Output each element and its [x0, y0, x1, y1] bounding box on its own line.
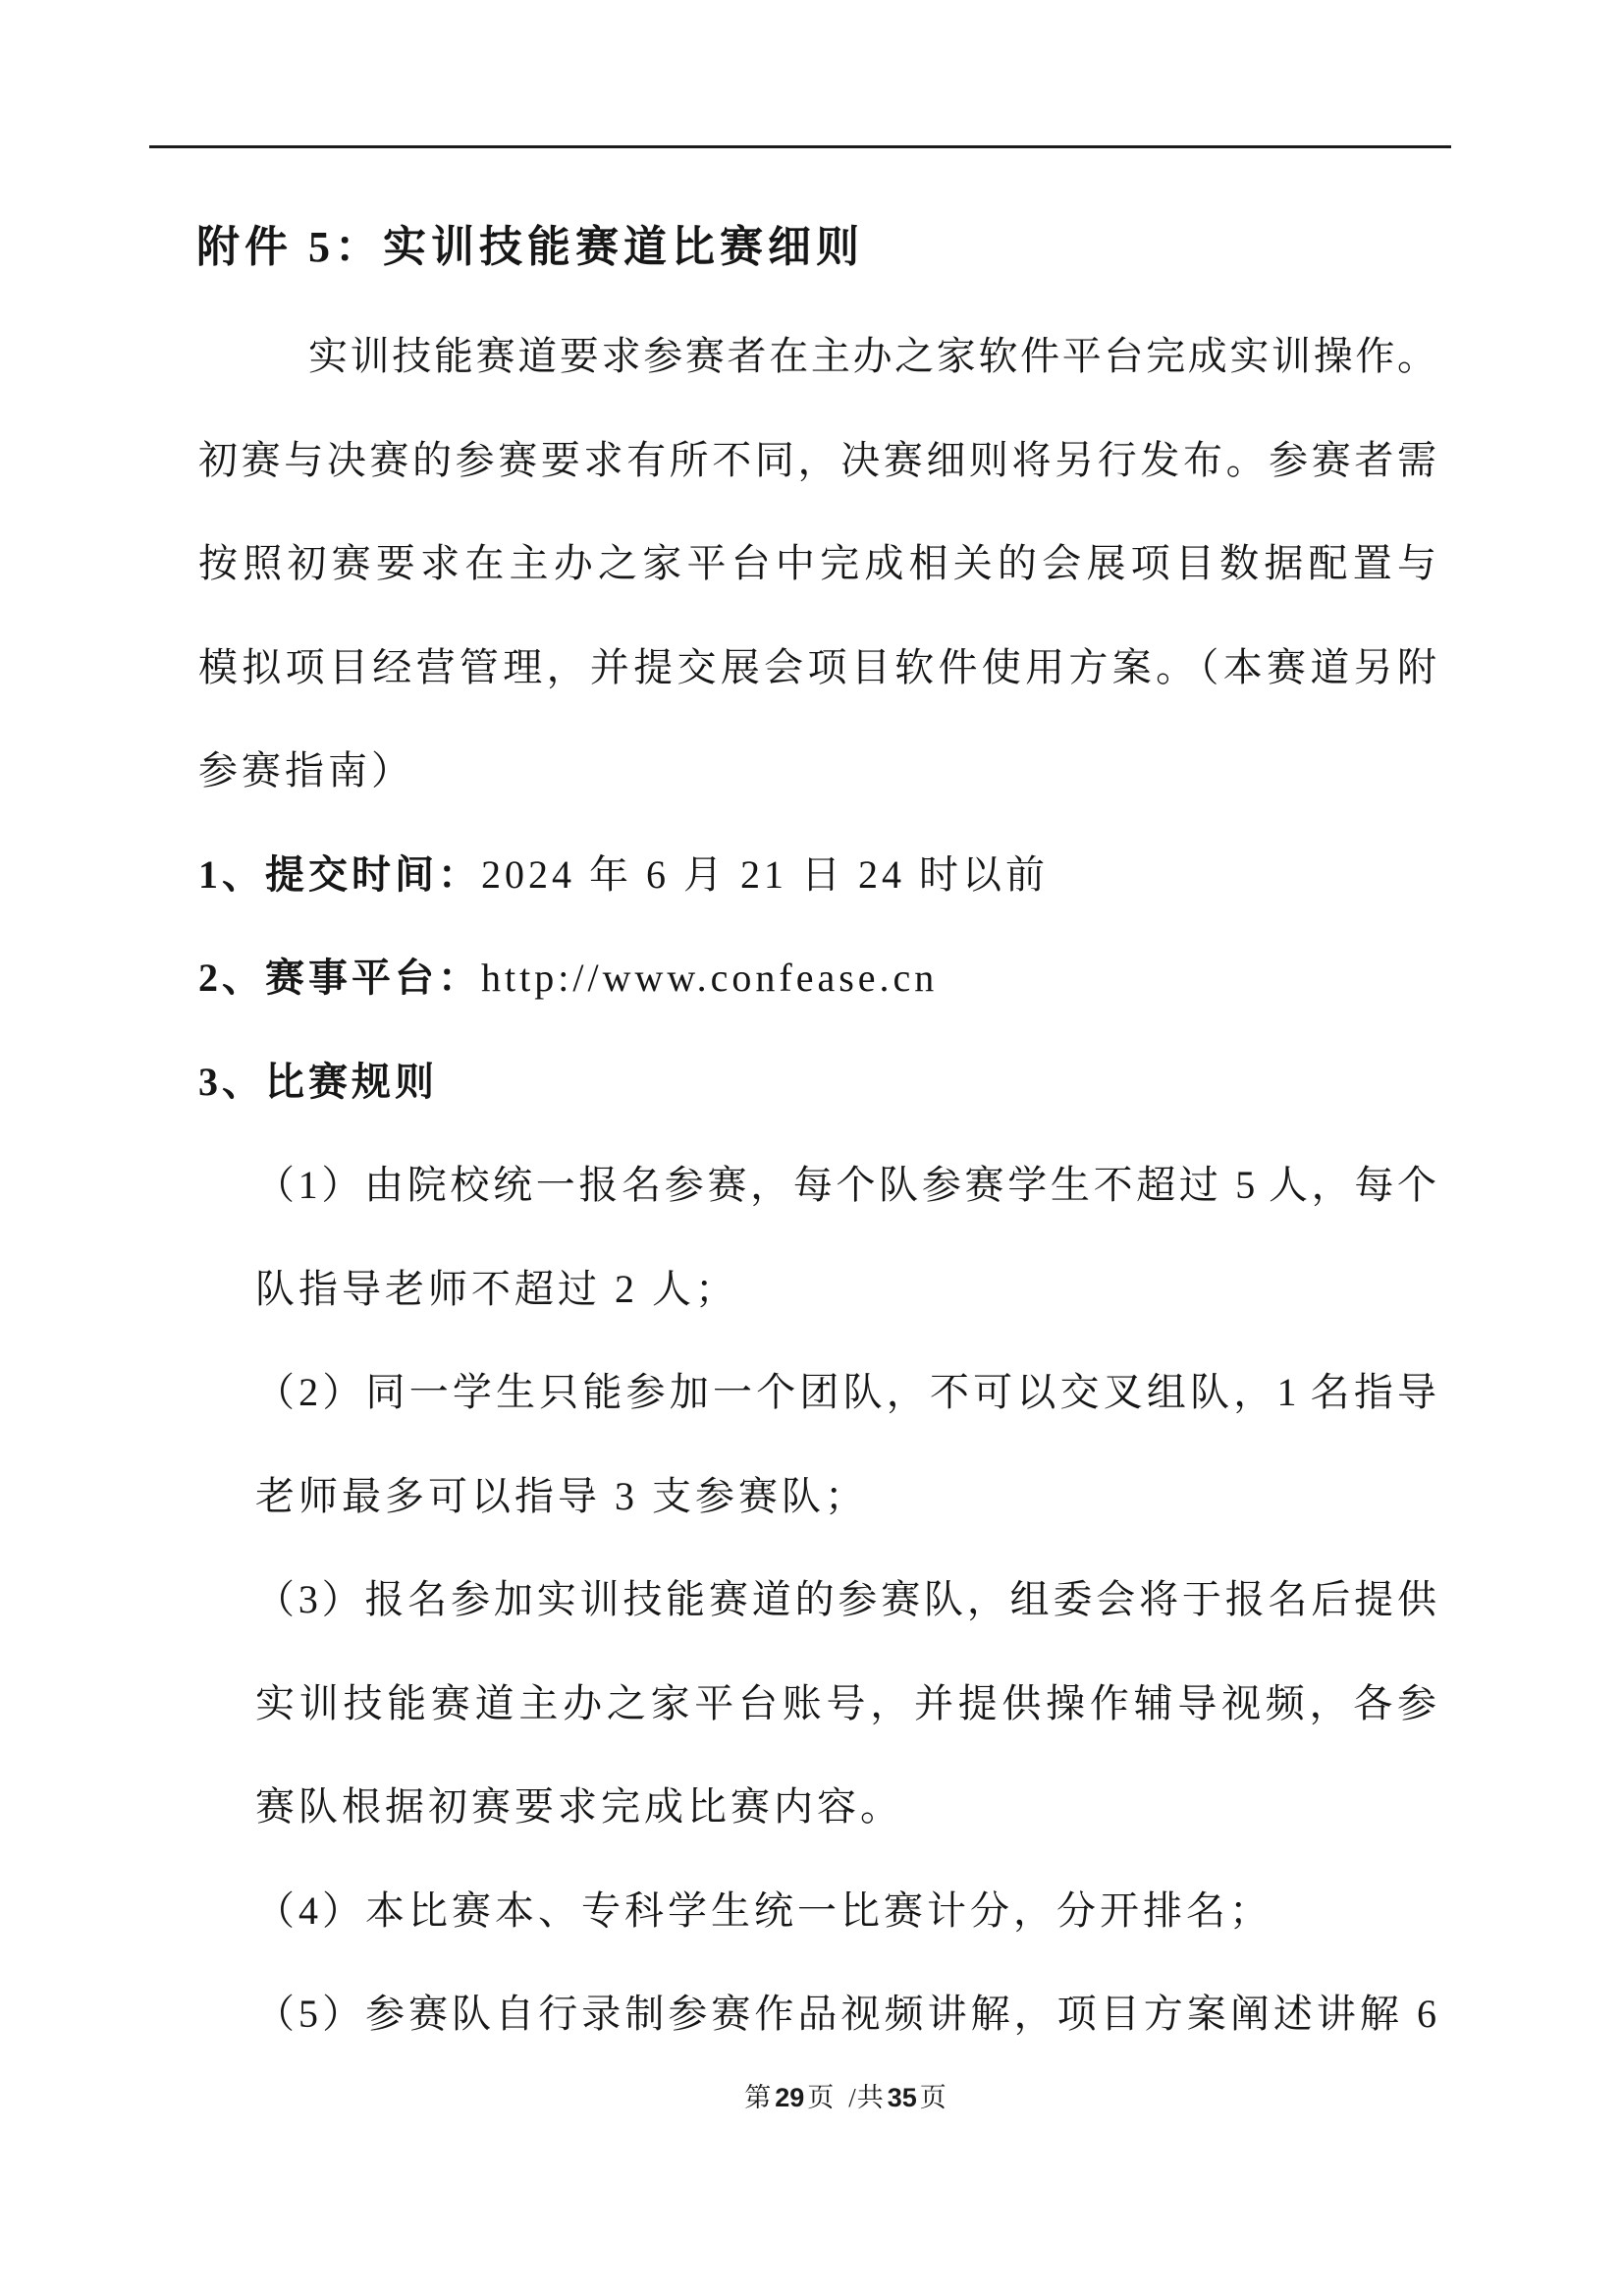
item-1-value: 2024 年 6 月 21 日 24 时以前: [481, 852, 1049, 897]
rule-line-1: （1）由院校统一报名参赛，每个队参赛学生不超过 5 人，每个: [255, 1133, 1436, 1236]
footer-prefix: 第: [744, 2083, 772, 2112]
rule-line-7: 赛队根据初赛要求完成比赛内容。: [255, 1755, 1436, 1858]
intro-line-2: 初赛与决赛的参赛要求有所不同，决赛细则将另行发布。参赛者需: [198, 409, 1436, 512]
numbered-item-1: 1、提交时间：2024 年 6 月 21 日 24 时以前: [198, 823, 1436, 926]
rule-line-6: 实训技能赛道主办之家平台账号，并提供操作辅导视频，各参: [255, 1652, 1436, 1755]
item-3-label: 3、比赛规则: [198, 1060, 438, 1104]
intro-line-1: 实训技能赛道要求参赛者在主办之家软件平台完成实训操作。: [308, 304, 1436, 408]
page-footer: 第29页/共35页: [34, 2078, 1623, 2117]
rule-line-5: （3）报名参加实训技能赛道的参赛队，组委会将于报名后提供: [255, 1548, 1436, 1651]
numbered-item-3: 3、比赛规则: [198, 1030, 1436, 1133]
footer-separator: /共: [848, 2083, 885, 2112]
item-2-value: http://www.confease.cn: [481, 956, 938, 1000]
numbered-item-2: 2、赛事平台：http://www.confease.cn: [198, 926, 1436, 1029]
footer-page-number: 29: [772, 2083, 807, 2112]
intro-line-5: 参赛指南）: [198, 719, 1436, 822]
intro-line-4: 模拟项目经营管理，并提交展会项目软件使用方案。（本赛道另附: [198, 616, 1436, 719]
header-rule: [149, 145, 1451, 148]
footer-page-char: 页: [807, 2083, 835, 2112]
footer-total-number: 35: [885, 2083, 920, 2112]
item-2-label: 2、赛事平台：: [198, 956, 481, 1000]
rule-line-9: （5）参赛队自行录制参赛作品视频讲解，项目方案阐述讲解 6: [255, 1962, 1436, 2065]
footer-total-char: 页: [920, 2083, 947, 2112]
attachment-title: 附件 5：实训技能赛道比赛细则: [196, 218, 864, 277]
rule-line-8: （4）本比赛本、专科学生统一比赛计分，分开排名；: [255, 1859, 1436, 1962]
item-1-label: 1、提交时间：: [198, 852, 481, 897]
document-page: 附件 5：实训技能赛道比赛细则 实训技能赛道要求参赛者在主办之家软件平台完成实训…: [0, 0, 1623, 2296]
rule-line-2: 队指导老师不超过 2 人；: [255, 1237, 1436, 1340]
intro-line-3: 按照初赛要求在主办之家平台中完成相关的会展项目数据配置与: [198, 512, 1436, 615]
rule-line-3: （2）同一学生只能参加一个团队，不可以交叉组队，1 名指导: [255, 1340, 1436, 1444]
rule-line-4: 老师最多可以指导 3 支参赛队；: [255, 1445, 1436, 1548]
